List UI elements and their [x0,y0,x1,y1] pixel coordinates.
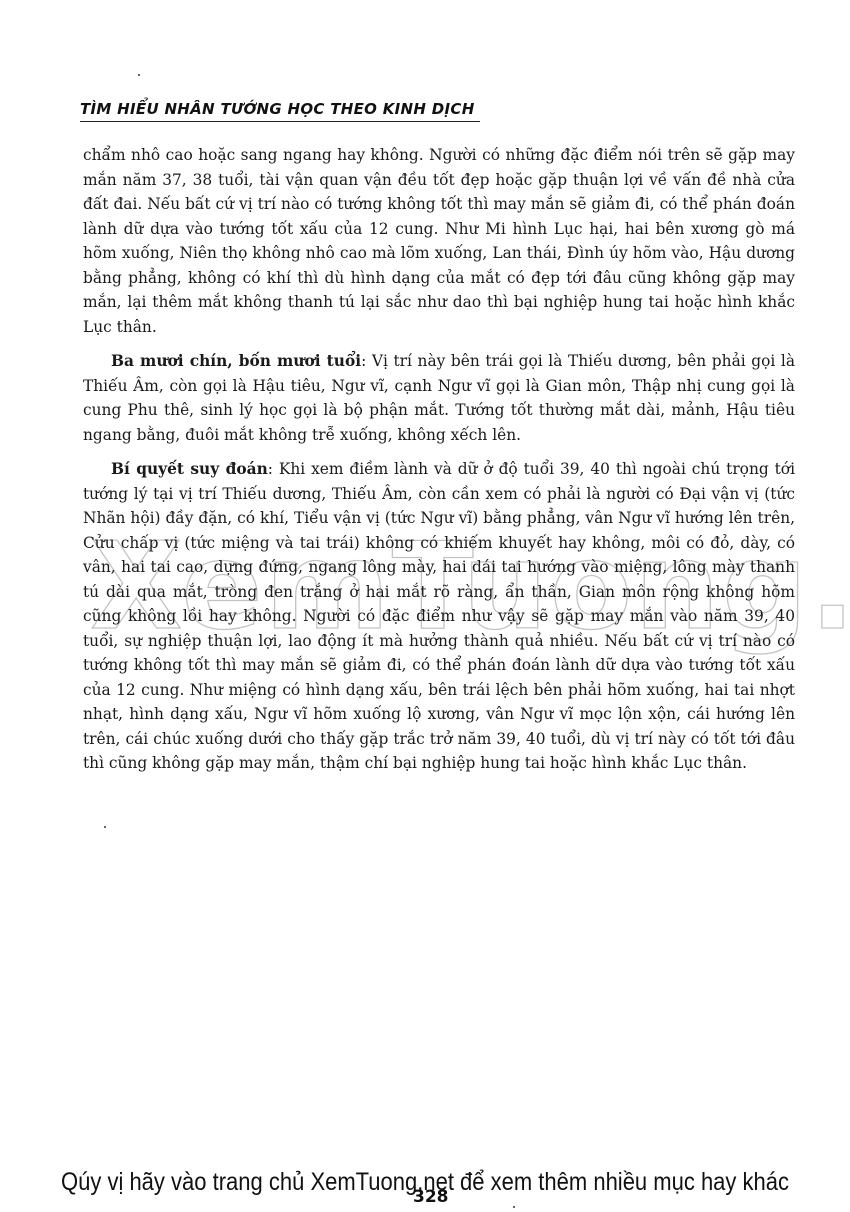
running-title: TÌM HIỂU NHÂN TƯỚNG HỌC THEO KINH DỊCH [80,100,480,118]
paragraph-lead: Ba mươi chín, bốn mươi tuổi [111,352,361,370]
paragraph-lead: Bí quyết suy đoán [111,460,268,478]
paragraph-age-39-40: Ba mươi chín, bốn mươi tuổi: Vị trí này … [83,349,795,447]
paragraph-secret-inference: Bí quyết suy đoán: Khi xem điềm lành và … [83,457,795,776]
page-body: chẩm nhô cao hoặc sang ngang hay không. … [83,143,795,786]
paragraph-text: chẩm nhô cao hoặc sang ngang hay không. … [83,146,795,336]
scan-speck [513,1206,515,1208]
scan-speck [104,826,106,828]
page-number: 328 [413,1187,449,1207]
scan-speck [138,74,140,76]
paragraph-continued: chẩm nhô cao hoặc sang ngang hay không. … [83,143,795,339]
running-header: TÌM HIỂU NHÂN TƯỚNG HỌC THEO KINH DỊCH [80,100,480,122]
paragraph-text: : Khi xem điềm lành và dữ ở độ tuổi 39, … [83,460,795,772]
